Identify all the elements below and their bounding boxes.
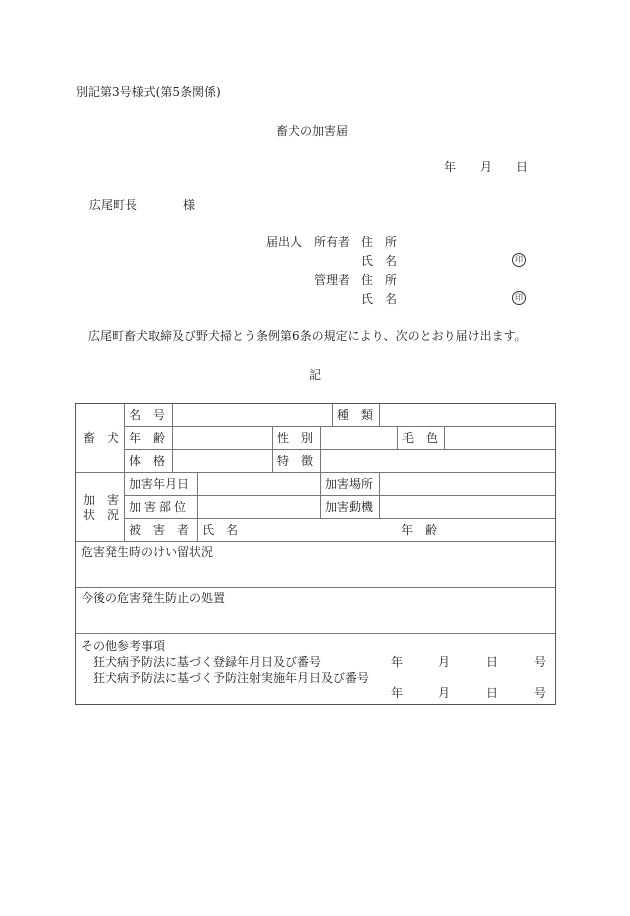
dog-section-label: 畜 犬 xyxy=(83,432,119,444)
col-divider xyxy=(272,426,273,472)
statement-text: 広尾町畜犬取締及び野犬掃とう条例第6条の規定により、次のとおり届け出ます。 xyxy=(88,330,527,342)
vaccination-number: 号 xyxy=(534,687,546,699)
col-divider xyxy=(379,472,380,518)
registration-month: 月 xyxy=(438,656,450,668)
vaccination-year: 年 xyxy=(391,687,403,699)
harm-part-field[interactable] xyxy=(201,497,319,517)
owner-name-label: 氏 名 xyxy=(361,255,397,267)
col-divider xyxy=(397,426,398,449)
date-month-label: 月 xyxy=(480,161,492,173)
col-divider xyxy=(320,472,321,518)
date-year-label: 年 xyxy=(444,161,456,173)
sex-field[interactable] xyxy=(324,428,396,448)
harm-place-label: 加害場所 xyxy=(325,478,373,490)
col-divider xyxy=(197,472,198,541)
col-divider xyxy=(332,404,333,426)
harm-part-label: 加害部位 xyxy=(129,501,189,513)
manager-name-label: 氏 名 xyxy=(361,293,397,305)
row-divider xyxy=(124,495,555,496)
vaccination-label: 狂犬病予防法に基づく予防注射実施年月日及び番号 xyxy=(93,672,369,684)
registration-label: 狂犬病予防法に基づく登録年月日及び番号 xyxy=(93,656,321,668)
harm-section-label-line2: 状 況 xyxy=(83,509,119,521)
applicant-label: 届出人 xyxy=(266,236,302,248)
row-divider xyxy=(124,449,555,450)
registration-year: 年 xyxy=(391,656,403,668)
row-divider xyxy=(76,587,555,588)
vaccination-day: 日 xyxy=(486,687,498,699)
age-field[interactable] xyxy=(176,428,270,448)
report-table: 畜 犬 名 号 種 類 年 齢 性 別 毛 色 体 格 特 徴 加 害 状 況 … xyxy=(75,403,556,705)
breed-label: 種 類 xyxy=(337,409,373,421)
registration-number: 号 xyxy=(534,656,546,668)
form-reference: 別記第3号様式(第5条関係) xyxy=(76,86,221,98)
prevention-field[interactable] xyxy=(78,607,553,631)
addressee-name: 広尾町長 xyxy=(89,199,137,211)
restraint-status-field[interactable] xyxy=(78,561,553,585)
breed-field[interactable] xyxy=(383,405,553,425)
build-label: 体 格 xyxy=(129,455,165,467)
manager-address-label: 住 所 xyxy=(361,274,397,286)
harm-date-field[interactable] xyxy=(201,474,319,494)
ki-heading: 記 xyxy=(309,369,321,381)
features-field[interactable] xyxy=(324,451,553,471)
prevention-label: 今後の危害発生防止の処置 xyxy=(81,592,225,604)
col-divider xyxy=(172,404,173,472)
owner-seal-icon: 印 xyxy=(512,253,526,267)
col-divider xyxy=(444,426,445,449)
addressee-honorific: 様 xyxy=(183,199,195,211)
name-field[interactable] xyxy=(176,405,331,425)
vaccination-month: 月 xyxy=(438,687,450,699)
col-divider xyxy=(320,426,321,472)
manager-label: 管理者 xyxy=(314,274,350,286)
age-label: 年 齢 xyxy=(129,432,165,444)
features-label: 特 徴 xyxy=(277,455,313,467)
owner-address-label: 住 所 xyxy=(361,236,397,248)
row-divider xyxy=(76,472,555,473)
victim-age-field[interactable] xyxy=(446,520,553,540)
name-label: 名 号 xyxy=(129,409,165,421)
owner-label: 所有者 xyxy=(314,236,350,248)
harm-motive-label: 加害動機 xyxy=(325,501,373,513)
harm-section-label-line1: 加 害 xyxy=(83,494,119,506)
victim-age-label: 年 齢 xyxy=(401,524,437,536)
col-divider xyxy=(124,404,125,541)
row-divider xyxy=(124,518,555,519)
coat-color-label: 毛 色 xyxy=(402,432,438,444)
harm-motive-field[interactable] xyxy=(383,497,553,517)
harm-date-label: 加害年月日 xyxy=(129,478,189,490)
page-title: 畜犬の加害届 xyxy=(276,125,348,137)
victim-name-label: 氏 名 xyxy=(202,524,238,536)
other-label: その他参考事項 xyxy=(81,640,165,652)
restraint-status-label: 危害発生時のけい留状況 xyxy=(81,546,213,558)
coat-color-field[interactable] xyxy=(448,428,553,448)
victim-name-field[interactable] xyxy=(236,520,396,540)
sex-label: 性 別 xyxy=(277,432,313,444)
date-day-label: 日 xyxy=(516,161,528,173)
row-divider xyxy=(76,633,555,634)
registration-day: 日 xyxy=(486,656,498,668)
row-divider xyxy=(76,541,555,542)
manager-seal-icon: 印 xyxy=(512,291,526,305)
build-field[interactable] xyxy=(176,451,270,471)
col-divider xyxy=(379,404,380,426)
victim-label: 被 害 者 xyxy=(129,524,189,536)
row-divider xyxy=(124,426,555,427)
harm-place-field[interactable] xyxy=(383,474,553,494)
